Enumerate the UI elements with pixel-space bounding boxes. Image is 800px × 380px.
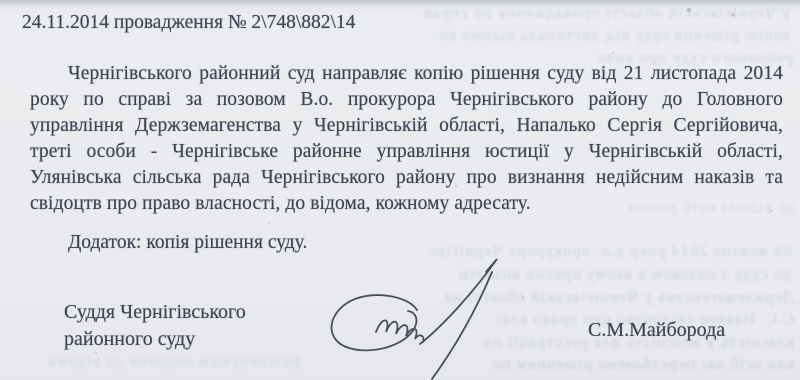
case-header-line: 24.11.2014 провадження № 2\748\882\14 [22, 12, 355, 34]
judge-title-line2: районного суду [64, 326, 246, 353]
judge-name: С.М.Майборода [588, 319, 725, 342]
document-page: у Чернігівській області провадження по с… [0, 0, 800, 380]
bleedthrough-line: копію рішення суду від листопада відомо … [440, 27, 790, 45]
judge-title-line1: Суддя Чернігівського [64, 299, 246, 326]
attachment-line: Додаток: копія рішення суду. [68, 232, 307, 254]
judge-title: Суддя Чернігівського районного суду [64, 299, 246, 353]
body-paragraph: Чернігівського районний суд направляє ко… [30, 61, 783, 217]
scan-speckles [0, 0, 2, 2]
scan-top-edge [0, 0, 800, 7]
bleedthrough-line: розглянувши подання до відома [0, 353, 300, 371]
bleedthrough-line: у Чернігівській області провадження по с… [425, 5, 790, 23]
handwritten-signature [320, 253, 520, 380]
